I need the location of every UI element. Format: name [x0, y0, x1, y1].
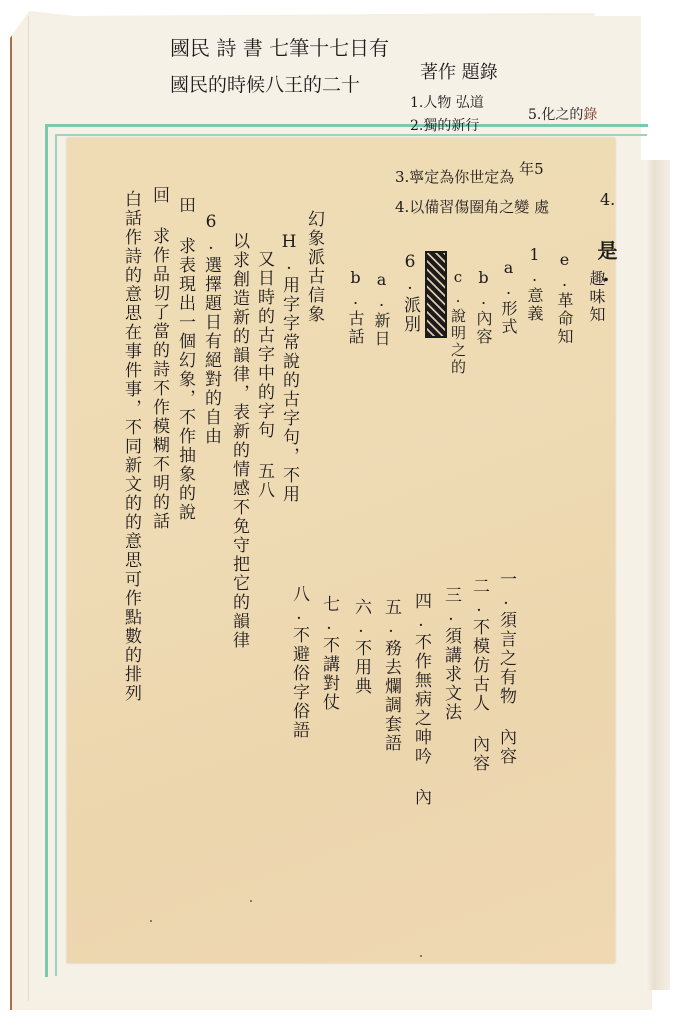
header-line-1: 國民 詩 書 七筆十七日有: [170, 32, 389, 61]
top-line-3: 3.寧定為你世定為 年5: [395, 166, 544, 187]
outline-content: b.內容: [472, 268, 495, 346]
crossed-out-block: [425, 251, 447, 338]
list-item-8: 八.不避俗字俗語: [288, 585, 310, 740]
paper-speck: [150, 920, 152, 922]
body-column-4: 以求創造新的韻律，表新的情感不免守把它的韻律: [228, 232, 250, 650]
outline-schools: 6.派別: [398, 252, 423, 334]
header-note-2: 2.獨的新行: [410, 115, 479, 135]
body-column-6: 田 求表現出一個幻象，不作抽象的說: [174, 196, 196, 522]
header-note-1: 1.人物 弘道: [410, 92, 484, 112]
outline-meaning: 1.意義: [523, 245, 546, 323]
body-column-2: H.用字字常說的古字句，不用: [278, 232, 300, 504]
outline-old: b.古話: [344, 268, 367, 346]
list-item-1: 一.須言之有物 內容: [495, 570, 517, 766]
paper-speck: [420, 955, 422, 957]
list-item-2: 二.不模仿古人 內容: [468, 577, 490, 773]
header-note-3: 5.化之的錄: [528, 104, 597, 124]
header-note-title: 著作 題錄: [420, 58, 498, 84]
outline-form: a.形式: [497, 258, 520, 336]
list-item-7: 七.不講對仗: [318, 595, 340, 712]
header-note-3-text: 5.化之的: [528, 107, 583, 123]
top-line-4-suffix: 處: [534, 198, 549, 216]
outline-revolution: e.革命知: [553, 250, 576, 346]
top-line-4: 4.以備習傷圈角之變 處: [395, 196, 549, 217]
page-number: 4.: [600, 190, 615, 209]
paper-speck: [250, 900, 252, 902]
body-column-7: 回 求作品切了當的詩不作模糊不明的話: [148, 186, 170, 531]
top-line-3-text: 3.寧定為你世定為: [395, 168, 514, 186]
outline-explanation: c.說明之的: [448, 268, 469, 376]
list-item-5: 五.務去爛調套語: [380, 598, 402, 753]
top-line-3-suffix: 年5: [519, 160, 544, 178]
body-column-5: 6.選擇題日有絕對的自由: [200, 212, 222, 446]
header-line-2: 國民的時候八王的二十: [170, 70, 360, 97]
header-note-3-red: 錄: [583, 107, 597, 123]
outline-new: a.新日: [370, 270, 393, 348]
list-item-3: 三.須講求文法: [440, 586, 462, 722]
body-column-1: 幻象派古信象: [303, 210, 325, 324]
outline-interest: 趣味知: [585, 270, 608, 324]
body-column-3: 又日時的古字中的字句 五八: [253, 250, 275, 500]
list-item-4: 四.不作無病之呻吟 內: [410, 592, 432, 807]
list-item-6: 六.不用典: [350, 598, 372, 696]
body-column-8: 白話作詩的意思在事件事，不同新文的的意思可作點數的排列: [120, 190, 142, 703]
top-line-4-text: 4.以備習傷圈角之變: [395, 198, 529, 216]
